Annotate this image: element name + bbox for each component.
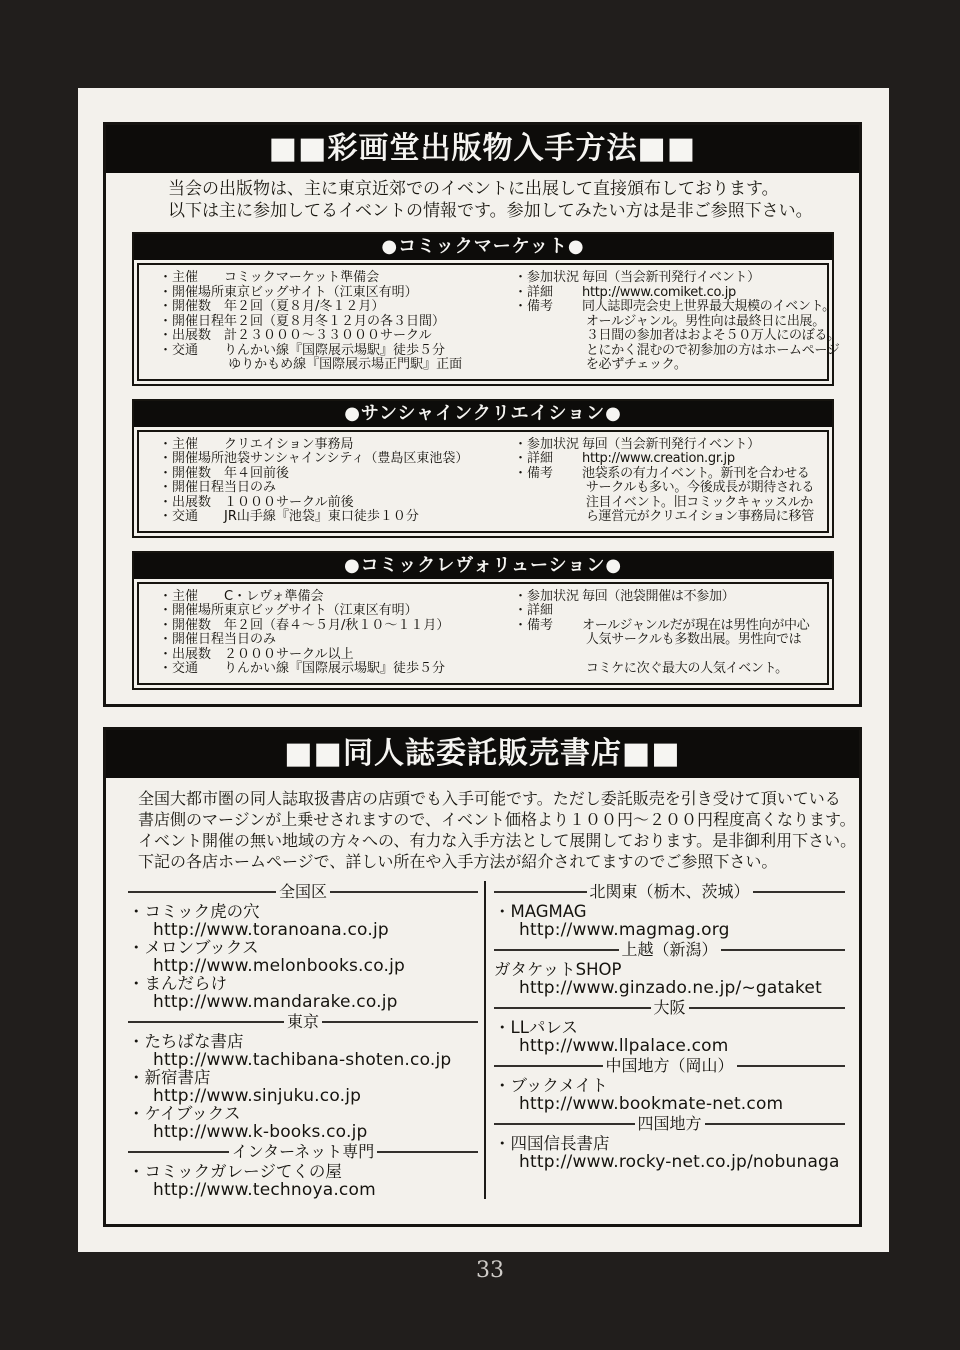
- event-row-value: C・レヴォ準備会: [224, 590, 324, 605]
- event-row: ・開催場所池袋サンシャインシティ（豊島区東池袋）: [159, 452, 514, 467]
- store-section-header-text: 四国地方: [635, 1114, 705, 1134]
- rule-line: [494, 1123, 635, 1125]
- event-row-label: ・備考: [514, 619, 582, 677]
- event-row-label: ・開催日程: [159, 481, 224, 496]
- rule-line: [689, 1007, 846, 1009]
- store-entry: ・たちばな書店http://www.tachibana-shoten.co.jp: [128, 1033, 478, 1069]
- store-name: ・たちばな書店: [128, 1033, 478, 1051]
- event-row-value: 当日のみ: [224, 633, 276, 648]
- store-name: ・コミック虎の穴: [128, 903, 478, 921]
- event-row-value: http://www.creation.gr.jp: [582, 452, 735, 467]
- event-row-value: http://www.comiket.co.jp: [582, 286, 736, 301]
- store-entry: ・コミックガレージてくの屋http://www.technoya.com: [128, 1163, 478, 1199]
- store-section-header: 東京: [128, 1012, 478, 1032]
- event-list: ●コミックマーケット●・主催コミックマーケット準備会・開催場所東京ビッグサイト（…: [106, 232, 859, 690]
- store-url: http://www.mandarake.co.jp: [128, 993, 478, 1011]
- store-entry: ・ケイブックスhttp://www.k-books.co.jp: [128, 1105, 478, 1141]
- section-how-to-obtain: ■■彩画堂出版物入手方法■■ 当会の出版物は、主に東京近郊でのイベントに出展して…: [103, 122, 862, 707]
- intro-line: 以下は主に参加してるイベントの情報です。参加してみたい方は是非ご参照下さい。: [168, 200, 859, 222]
- event-row-label: ・参加状況: [514, 271, 582, 286]
- event-row: ・主催クリエイション事務局: [159, 438, 514, 453]
- event-title-bar: ●コミックレヴォリューション●: [134, 553, 832, 579]
- event-row-label: ・参加状況: [514, 590, 582, 605]
- store-section-header: 上越（新潟）: [494, 940, 845, 960]
- event-row-value: ２０００サークル以上: [224, 648, 354, 663]
- store-name: ・まんだらけ: [128, 975, 478, 993]
- event-row-value: 当日のみ: [224, 481, 276, 496]
- store-section-header: インターネット専門: [128, 1142, 478, 1162]
- rule-line: [753, 891, 846, 893]
- store-entry: ・LLパレスhttp://www.llpalace.com: [494, 1019, 845, 1055]
- event-row-label: ・主催: [159, 590, 224, 605]
- event-col-left: ・主催クリエイション事務局・開催場所池袋サンシャインシティ（豊島区東池袋）・開催…: [159, 438, 514, 525]
- store-section-header-text: 中国地方（岡山）: [603, 1056, 737, 1076]
- event-row-value: 池袋系の有力イベント。新刊を合わせる サークルも多い。今後成長が期待される 注目…: [582, 467, 814, 525]
- event-row: ・出展数２０００サークル以上: [159, 648, 514, 663]
- event-row-value: 東京ビッグサイト（江東区有明）: [224, 604, 418, 619]
- store-name: ・MAGMAG: [494, 903, 845, 921]
- intro-line: 全国大都市圏の同人誌取扱書店の店頭でも入手可能です。ただし委託販売を引き受けて頂…: [138, 788, 859, 809]
- event-row: ・開催数年２回（夏８月/冬１２月）: [159, 300, 514, 315]
- event-row-value: 東京ビッグサイト（江東区有明）: [224, 286, 418, 301]
- event-row-label: ・開催場所: [159, 604, 224, 619]
- store-entry: ・四国信長書店http://www.rocky-net.co.jp/nobuna…: [494, 1135, 845, 1171]
- event-row-label: ・詳細: [514, 286, 582, 301]
- rule-line: [128, 1151, 229, 1153]
- event-row-label: ・出展数: [159, 496, 224, 511]
- section2-banner-title: ■■同人誌委託販売書店■■: [106, 730, 859, 778]
- event-row: ・備考オールジャンルだが現在は男性向が中心 人気サークルも多数出展。男性向では …: [514, 619, 823, 677]
- event-row-value: オールジャンルだが現在は男性向が中心 人気サークルも多数出展。男性向では コミケ…: [582, 619, 809, 677]
- store-section-header: 四国地方: [494, 1114, 845, 1134]
- store-url: http://www.tachibana-shoten.co.jp: [128, 1051, 478, 1069]
- section1-intro: 当会の出版物は、主に東京近郊でのイベントに出展して直接頒布しております。以下は主…: [106, 173, 859, 228]
- event-row-value: コミックマーケット準備会: [224, 271, 379, 286]
- intro-line: 書店側のマージンが上乗せされますので、イベント価格より１００円～２００円程度高く…: [138, 809, 859, 830]
- event-row: ・交通りんかい線『国際展示場駅』徒歩５分 ゆりかもめ線『国際展示場正門駅』正面: [159, 344, 514, 373]
- event-col-right: ・参加状況毎回（当会新刊発行イベント）・詳細http://www.comiket…: [514, 271, 823, 373]
- intro-line: イベント開催の無い地域の方々への、有力な入手方法として展開しております。是非御利…: [138, 830, 859, 851]
- rule-line: [494, 891, 587, 893]
- store-section-header-text: インターネット専門: [229, 1142, 378, 1162]
- rule-line: [128, 891, 276, 893]
- event-col-right: ・参加状況毎回（池袋開催は不参加）・詳細・備考オールジャンルだが現在は男性向が中…: [514, 590, 823, 677]
- store-entry: ・ブックメイトhttp://www.bookmate-net.com: [494, 1077, 845, 1113]
- store-url: http://www.sinjuku.co.jp: [128, 1087, 478, 1105]
- store-name: ・新宿書店: [128, 1069, 478, 1087]
- section1-banner-title: ■■彩画堂出版物入手方法■■: [106, 125, 859, 173]
- event-title-bar: ●サンシャインクリエイション●: [134, 401, 832, 427]
- event-row: ・詳細http://www.comiket.co.jp: [514, 286, 823, 301]
- store-url: http://www.bookmate-net.com: [494, 1095, 845, 1113]
- event-row-value: 毎回（当会新刊発行イベント）: [582, 438, 760, 453]
- store-entry: ・コミック虎の穴http://www.toranoana.co.jp: [128, 903, 478, 939]
- event-row: ・開催数年２回（春４～５月/秋１０～１１月）: [159, 619, 514, 634]
- scanned-page: ■■彩画堂出版物入手方法■■ 当会の出版物は、主に東京近郊でのイベントに出展して…: [78, 88, 889, 1252]
- event-row-value: 毎回（池袋開催は不参加）: [582, 590, 734, 605]
- event-details: ・主催クリエイション事務局・開催場所池袋サンシャインシティ（豊島区東池袋）・開催…: [137, 430, 829, 533]
- event-row: ・開催日程当日のみ: [159, 633, 514, 648]
- event-row-label: ・開催数: [159, 619, 224, 634]
- event-row-label: ・備考: [514, 467, 582, 525]
- rule-line: [705, 1123, 846, 1125]
- event-row: ・詳細http://www.creation.gr.jp: [514, 452, 823, 467]
- store-url: http://www.llpalace.com: [494, 1037, 845, 1055]
- event-row: ・備考池袋系の有力イベント。新刊を合わせる サークルも多い。今後成長が期待される…: [514, 467, 823, 525]
- event-row-label: ・参加状況: [514, 438, 582, 453]
- event-row-label: ・開催日程: [159, 633, 224, 648]
- event-row-label: ・出展数: [159, 329, 224, 344]
- store-section-header: 大阪: [494, 998, 845, 1018]
- rule-line: [494, 1065, 603, 1067]
- event-row-label: ・開催数: [159, 300, 224, 315]
- event-details: ・主催コミックマーケット準備会・開催場所東京ビッグサイト（江東区有明）・開催数年…: [137, 263, 829, 381]
- store-section-header-text: 東京: [284, 1012, 322, 1032]
- event-row: ・参加状況毎回（当会新刊発行イベント）: [514, 271, 823, 286]
- event-row-label: ・出展数: [159, 648, 224, 663]
- event-row: ・主催コミックマーケット準備会: [159, 271, 514, 286]
- store-entry: ガタケットSHOPhttp://www.ginzado.ne.jp/~gatak…: [494, 961, 845, 997]
- event-row-label: ・備考: [514, 300, 582, 373]
- store-url: http://www.melonbooks.co.jp: [128, 957, 478, 975]
- rule-line: [128, 1021, 284, 1023]
- store-name: ・ブックメイト: [494, 1077, 845, 1095]
- event-col-left: ・主催C・レヴォ準備会・開催場所東京ビッグサイト（江東区有明）・開催数年２回（春…: [159, 590, 514, 677]
- page-number: 33: [476, 1258, 504, 1283]
- rule-line: [721, 949, 846, 951]
- store-url: http://www.ginzado.ne.jp/~gataket: [494, 979, 845, 997]
- store-section-header-text: 上越（新潟）: [619, 940, 721, 960]
- section2-intro: 全国大都市圏の同人誌取扱書店の店頭でも入手可能です。ただし委託販売を引き受けて頂…: [106, 778, 859, 881]
- event-row: ・出展数１０００サークル前後: [159, 496, 514, 511]
- store-name: ガタケットSHOP: [494, 961, 845, 979]
- event-row: ・交通JR山手線『池袋』東口徒歩１０分: [159, 510, 514, 525]
- store-url: http://www.magmag.org: [494, 921, 845, 939]
- event-row: ・出展数計２３０００～３３０００サークル: [159, 329, 514, 344]
- event-col-left: ・主催コミックマーケット準備会・開催場所東京ビッグサイト（江東区有明）・開催数年…: [159, 271, 514, 373]
- event-col-right: ・参加状況毎回（当会新刊発行イベント）・詳細http://www.creatio…: [514, 438, 823, 525]
- rule-line: [377, 1151, 478, 1153]
- event-row-value: りんかい線『国際展示場駅』徒歩５分: [224, 662, 445, 677]
- event-row: ・主催C・レヴォ準備会: [159, 590, 514, 605]
- rule-line: [330, 891, 478, 893]
- event-row-value: 年２回（春４～５月/秋１０～１１月）: [224, 619, 449, 634]
- intro-line: 当会の出版物は、主に東京近郊でのイベントに出展して直接頒布しております。: [168, 178, 859, 200]
- event-row-label: ・交通: [159, 510, 224, 525]
- store-columns: 全国区・コミック虎の穴http://www.toranoana.co.jp・メロ…: [106, 881, 859, 1199]
- store-section-header: 北関東（栃木、茨城）: [494, 882, 845, 902]
- event-row: ・開催数年４回前後: [159, 467, 514, 482]
- event-row-value: 年４回前後: [224, 467, 289, 482]
- event-row-label: ・開催場所: [159, 286, 224, 301]
- store-section-header-text: 全国区: [276, 882, 330, 902]
- store-entry: ・まんだらけhttp://www.mandarake.co.jp: [128, 975, 478, 1011]
- event-row-value: 毎回（当会新刊発行イベント）: [582, 271, 760, 286]
- event-row-value: 計２３０００～３３０００サークル: [224, 329, 432, 344]
- store-column-left: 全国区・コミック虎の穴http://www.toranoana.co.jp・メロ…: [128, 881, 486, 1199]
- event-row: ・参加状況毎回（池袋開催は不参加）: [514, 590, 823, 605]
- event-row-label: ・開催日程: [159, 315, 224, 330]
- rule-line: [494, 1007, 651, 1009]
- store-name: ・LLパレス: [494, 1019, 845, 1037]
- store-entry: ・MAGMAGhttp://www.magmag.org: [494, 903, 845, 939]
- event-row-label: ・主催: [159, 271, 224, 286]
- event-row: ・交通りんかい線『国際展示場駅』徒歩５分: [159, 662, 514, 677]
- store-url: http://www.technoya.com: [128, 1181, 478, 1199]
- event-title-bar: ●コミックマーケット●: [134, 234, 832, 260]
- event-row: ・開催日程年２回（夏８月冬１２月の各３日間）: [159, 315, 514, 330]
- event-row-value: JR山手線『池袋』東口徒歩１０分: [224, 510, 419, 525]
- event-row-label: ・主催: [159, 438, 224, 453]
- store-section-header: 全国区: [128, 882, 478, 902]
- store-name: ・メロンブックス: [128, 939, 478, 957]
- event-row-value: 年２回（夏８月/冬１２月）: [224, 300, 384, 315]
- event-row: ・詳細: [514, 604, 823, 619]
- store-section-header-text: 大阪: [651, 998, 689, 1018]
- store-section-header-text: 北関東（栃木、茨城）: [587, 882, 753, 902]
- store-name: ・ケイブックス: [128, 1105, 478, 1123]
- event-row-label: ・開催場所: [159, 452, 224, 467]
- event-row-value: １０００サークル前後: [224, 496, 354, 511]
- event-row: ・開催日程当日のみ: [159, 481, 514, 496]
- event-row-value: 年２回（夏８月冬１２月の各３日間）: [224, 315, 445, 330]
- store-column-right: 北関東（栃木、茨城）・MAGMAGhttp://www.magmag.org上越…: [486, 881, 859, 1199]
- event-row-label: ・交通: [159, 662, 224, 677]
- event-row-value: 池袋サンシャインシティ（豊島区東池袋）: [224, 452, 468, 467]
- event-row-label: ・開催数: [159, 467, 224, 482]
- event-row: ・参加状況毎回（当会新刊発行イベント）: [514, 438, 823, 453]
- store-url: http://www.k-books.co.jp: [128, 1123, 478, 1141]
- event-row: ・備考同人誌即売会史上世界最大規模のイベント。 オールジャンル。男性向は最終日に…: [514, 300, 823, 373]
- event-row-label: ・詳細: [514, 452, 582, 467]
- event-row-value: 同人誌即売会史上世界最大規模のイベント。 オールジャンル。男性向は最終日に出展。…: [582, 300, 840, 373]
- store-entry: ・新宿書店http://www.sinjuku.co.jp: [128, 1069, 478, 1105]
- store-section-header: 中国地方（岡山）: [494, 1056, 845, 1076]
- event-box: ●コミックレヴォリューション●・主催C・レヴォ準備会・開催場所東京ビッグサイト（…: [132, 551, 834, 690]
- rule-line: [737, 1065, 846, 1067]
- rule-line: [322, 1021, 478, 1023]
- store-name: ・コミックガレージてくの屋: [128, 1163, 478, 1181]
- event-row: ・開催場所東京ビッグサイト（江東区有明）: [159, 286, 514, 301]
- event-box: ●サンシャインクリエイション●・主催クリエイション事務局・開催場所池袋サンシャイ…: [132, 399, 834, 538]
- store-name: ・四国信長書店: [494, 1135, 845, 1153]
- store-url: http://www.rocky-net.co.jp/nobunaga: [494, 1153, 845, 1171]
- event-row: ・開催場所東京ビッグサイト（江東区有明）: [159, 604, 514, 619]
- rule-line: [494, 949, 619, 951]
- event-box: ●コミックマーケット●・主催コミックマーケット準備会・開催場所東京ビッグサイト（…: [132, 232, 834, 386]
- section-bookstores: ■■同人誌委託販売書店■■ 全国大都市圏の同人誌取扱書店の店頭でも入手可能です。…: [103, 727, 862, 1227]
- event-row-label: ・詳細: [514, 604, 582, 619]
- store-url: http://www.toranoana.co.jp: [128, 921, 478, 939]
- store-entry: ・メロンブックスhttp://www.melonbooks.co.jp: [128, 939, 478, 975]
- event-details: ・主催C・レヴォ準備会・開催場所東京ビッグサイト（江東区有明）・開催数年２回（春…: [137, 582, 829, 685]
- event-row-value: クリエイション事務局: [224, 438, 353, 453]
- intro-line: 下記の各店ホームページで、詳しい所在や入手方法が紹介されてますのでご参照下さい。: [138, 851, 859, 872]
- event-row-value: りんかい線『国際展示場駅』徒歩５分 ゆりかもめ線『国際展示場正門駅』正面: [224, 344, 462, 373]
- event-row-label: ・交通: [159, 344, 224, 373]
